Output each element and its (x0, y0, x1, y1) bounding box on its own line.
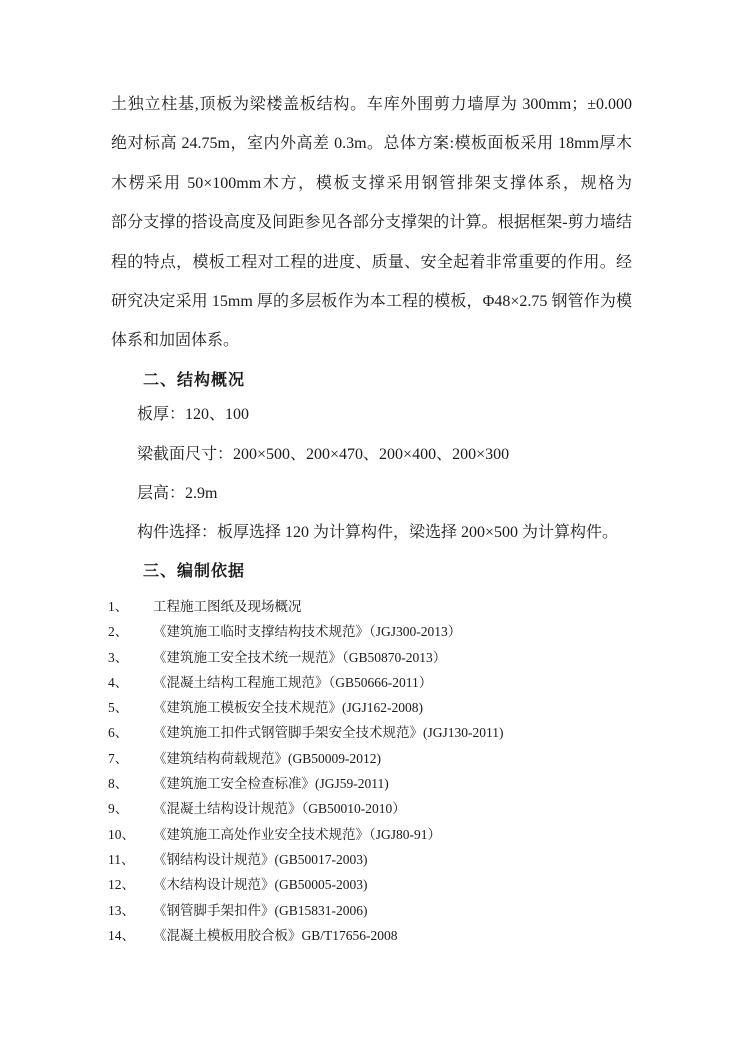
intro-line: 土独立柱基,顶板为梁楼盖板结构。车库外围剪力墙厚为 300mm；±0.000 相… (111, 85, 632, 124)
floor-height-line: 层高：2.9m (137, 485, 217, 503)
reference-text: 《混凝土结构工程施工规范》（GB50666-2011） (153, 670, 634, 695)
intro-line: 程的特点，模板工程对工程的进度、质量、安全起着非常重要的作用。经项目部 (111, 243, 632, 282)
reference-number: 4、 (108, 670, 153, 695)
reference-number: 9、 (108, 796, 153, 821)
reference-text: 《混凝土模板用胶合板》GB/T17656-2008 (153, 923, 634, 948)
reference-item: 6、 《建筑施工扣件式钢管脚手架安全技术规范》(JGJ130-2011) (108, 720, 634, 745)
reference-number: 5、 (108, 695, 153, 720)
reference-item: 3、 《建筑施工安全技术统一规范》（GB50870-2013） (108, 645, 634, 670)
reference-item: 13、 《钢管脚手架扣件》(GB15831-2006) (108, 898, 634, 923)
reference-text: 《建筑施工模板安全技术规范》(JGJ162-2008) (153, 695, 634, 720)
reference-item: 10、 《建筑施工高处作业安全技术规范》（JGJ80-91） (108, 822, 634, 847)
intro-line: 绝对标高 24.75m，室内外高差 0.3m。总体方案:模板面板采用 18mm厚… (111, 124, 632, 163)
reference-number: 10、 (108, 822, 153, 847)
reference-text: 工程施工图纸及现场概况 (153, 594, 634, 619)
reference-text: 《木结构设计规范》(GB50005-2003) (153, 872, 634, 897)
reference-number: 8、 (108, 771, 153, 796)
member-selection-line: 构件选择：板厚选择 120 为计算构件，梁选择 200×500 为计算构件。 (137, 524, 618, 542)
reference-item: 2、 《建筑施工临时支撑结构技术规范》（JGJ300-2013） (108, 619, 634, 644)
section2-heading: 二、结构概况 (143, 372, 245, 390)
reference-number: 2、 (108, 619, 153, 644)
document-page: 土独立柱基,顶板为梁楼盖板结构。车库外围剪力墙厚为 300mm；±0.000 相… (0, 0, 744, 1052)
reference-item: 9、 《混凝土结构设计规范》（GB50010-2010） (108, 796, 634, 821)
reference-text: 《建筑施工高处作业安全技术规范》（JGJ80-91） (153, 822, 634, 847)
intro-line: 部分支撑的搭设高度及间距参见各部分支撑架的计算。根据框架-剪力墙结构工 (111, 203, 632, 242)
intro-line: 体系和加固体系。 (111, 321, 632, 360)
reference-number: 7、 (108, 746, 153, 771)
reference-item: 12、 《木结构设计规范》(GB50005-2003) (108, 872, 634, 897)
reference-text: 《建筑结构荷载规范》(GB50009-2012) (153, 746, 634, 771)
intro-line: 木楞采用 50×100mm木方，模板支撑采用钢管排架支撑体系，规格为 48×2.… (111, 164, 632, 203)
reference-number: 12、 (108, 872, 153, 897)
intro-paragraph: 土独立柱基,顶板为梁楼盖板结构。车库外围剪力墙厚为 300mm；±0.000 相… (111, 85, 632, 361)
reference-item: 8、 《建筑施工安全检查标准》(JGJ59-2011) (108, 771, 634, 796)
reference-text: 《建筑施工安全技术统一规范》（GB50870-2013） (153, 645, 634, 670)
reference-number: 1、 (108, 594, 153, 619)
reference-item: 14、 《混凝土模板用胶合板》GB/T17656-2008 (108, 923, 634, 948)
reference-item: 7、 《建筑结构荷载规范》(GB50009-2012) (108, 746, 634, 771)
reference-text: 《钢管脚手架扣件》(GB15831-2006) (153, 898, 634, 923)
reference-text: 《建筑施工临时支撑结构技术规范》（JGJ300-2013） (153, 619, 634, 644)
beam-size-line: 梁截面尺寸：200×500、200×470、200×400、200×300 (137, 446, 509, 464)
reference-text: 《建筑施工安全检查标准》(JGJ59-2011) (153, 771, 634, 796)
reference-item: 5、 《建筑施工模板安全技术规范》(JGJ162-2008) (108, 695, 634, 720)
reference-text: 《钢结构设计规范》(GB50017-2003) (153, 847, 634, 872)
reference-item: 1、 工程施工图纸及现场概况 (108, 594, 634, 619)
reference-item: 11、 《钢结构设计规范》(GB50017-2003) (108, 847, 634, 872)
reference-text: 《混凝土结构设计规范》（GB50010-2010） (153, 796, 634, 821)
reference-item: 4、 《混凝土结构工程施工规范》（GB50666-2011） (108, 670, 634, 695)
reference-number: 11、 (108, 847, 153, 872)
slab-thickness-line: 板厚：120、100 (137, 406, 249, 424)
reference-number: 6、 (108, 720, 153, 745)
section3-heading: 三、编制依据 (143, 563, 245, 581)
reference-list: 1、 工程施工图纸及现场概况 2、 《建筑施工临时支撑结构技术规范》（JGJ30… (108, 594, 634, 948)
reference-number: 14、 (108, 923, 153, 948)
reference-text: 《建筑施工扣件式钢管脚手架安全技术规范》(JGJ130-2011) (153, 720, 634, 745)
reference-number: 13、 (108, 898, 153, 923)
intro-line: 研究决定采用 15mm 厚的多层板作为本工程的模板，Φ48×2.75 钢管作为模… (111, 282, 632, 321)
reference-number: 3、 (108, 645, 153, 670)
